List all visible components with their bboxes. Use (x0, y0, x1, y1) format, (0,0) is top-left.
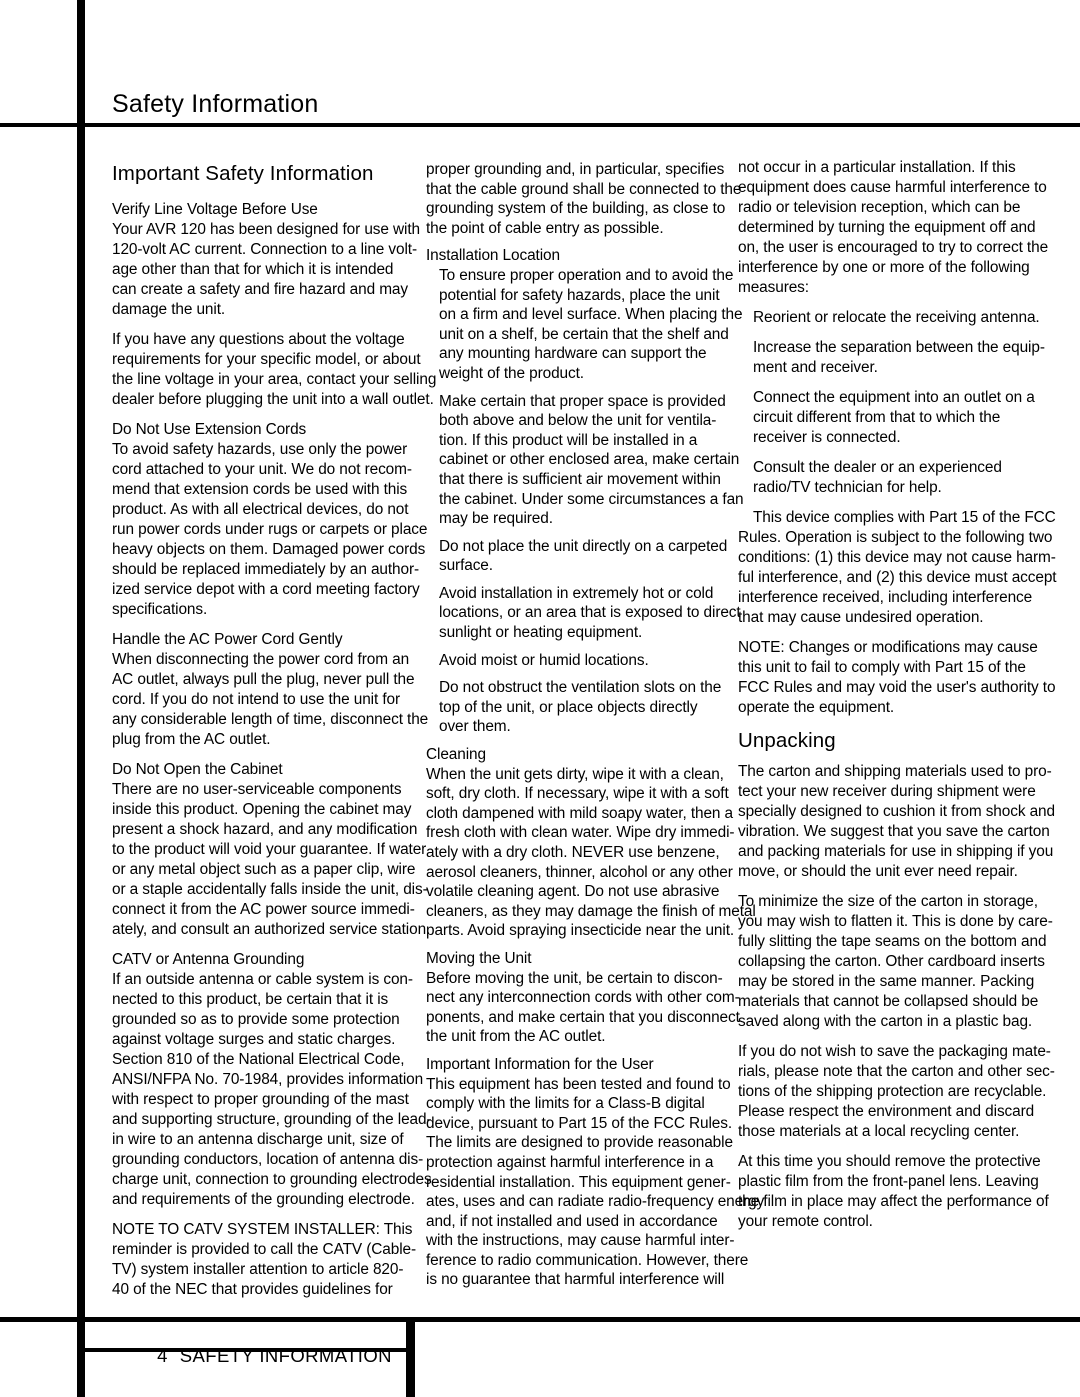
paragraph: NOTE: Changes or modifications may cause… (738, 638, 1056, 718)
paragraph: The carton and shipping materials used t… (738, 762, 1056, 882)
paragraph: If you do not wish to save the packaging… (738, 1042, 1056, 1142)
column-middle: proper grounding and, in particular, spe… (426, 160, 764, 1298)
paragraph: NOTE TO CATV SYSTEM INSTALLER: This remi… (112, 1220, 436, 1300)
middle-column-paragraphs: proper grounding and, in particular, spe… (426, 160, 764, 1290)
paragraph: This equipment has been tested and found… (426, 1075, 764, 1291)
paragraph: Connect the equipment into an outlet on … (738, 388, 1056, 448)
right-column-paragraphs-bottom: The carton and shipping materials used t… (738, 762, 1056, 1232)
paragraph: To minimize the size of the carton in st… (738, 892, 1056, 1032)
footer-right-bar (406, 1317, 415, 1397)
footer-page-number: 4 (157, 1345, 168, 1366)
sub-heading: Moving the Unit (426, 949, 764, 969)
paragraph: not occur in a particular installation. … (738, 158, 1056, 298)
paragraph: Do not place the unit directly on a carp… (426, 537, 764, 576)
page-title: Safety Information (112, 90, 318, 119)
paragraph: Do Not Use Extension Cords To avoid safe… (112, 420, 436, 620)
left-column-paragraphs: Verify Line Voltage Before Use Your AVR … (112, 200, 436, 1300)
paragraph: proper grounding and, in particular, spe… (426, 160, 764, 238)
paragraph: Increase the separation between the equi… (738, 338, 1056, 378)
left-border-bar (77, 0, 85, 1397)
paragraph: Avoid installation in extremely hot or c… (426, 584, 764, 643)
footer-rule (0, 1317, 1080, 1322)
paragraph: CATV or Antenna Grounding If an outside … (112, 950, 436, 1210)
column-right: not occur in a particular installation. … (738, 158, 1056, 1242)
header-rule (0, 123, 1080, 127)
paragraph: Reorient or relocate the receiving anten… (738, 308, 1056, 328)
paragraph: At this time you should remove the prote… (738, 1152, 1056, 1232)
paragraph: Do Not Open the Cabinet There are no use… (112, 760, 436, 940)
paragraph: This device complies with Part 15 of the… (738, 508, 1056, 628)
paragraph: Avoid moist or humid locations. (426, 651, 764, 671)
paragraph: Handle the AC Power Cord Gently When dis… (112, 630, 436, 750)
paragraph: Consult the dealer or an experienced rad… (738, 458, 1056, 498)
column-left: Important Safety Information Verify Line… (112, 161, 436, 1310)
section-heading-unpacking: Unpacking (738, 728, 1056, 753)
footer-section-label: SAFETY INFORMATION (180, 1345, 392, 1366)
sub-heading: Important Information for the User (426, 1055, 764, 1075)
paragraph: To ensure proper operation and to avoid … (426, 266, 764, 384)
sub-heading: Cleaning (426, 745, 764, 765)
paragraph: Make certain that proper space is provid… (426, 392, 764, 529)
footer-page-label: 4SAFETY INFORMATION (146, 1323, 392, 1367)
right-column-paragraphs-top: not occur in a particular installation. … (738, 158, 1056, 718)
paragraph: If you have any questions about the volt… (112, 330, 436, 410)
paragraph: When the unit gets dirty, wipe it with a… (426, 765, 764, 941)
sub-heading: Installation Location (426, 246, 764, 266)
paragraph: Do not obstruct the ventilation slots on… (426, 678, 764, 737)
paragraph: Verify Line Voltage Before Use Your AVR … (112, 200, 436, 320)
paragraph: Before moving the unit, be certain to di… (426, 969, 764, 1047)
section-heading-important-safety-information: Important Safety Information (112, 161, 436, 186)
